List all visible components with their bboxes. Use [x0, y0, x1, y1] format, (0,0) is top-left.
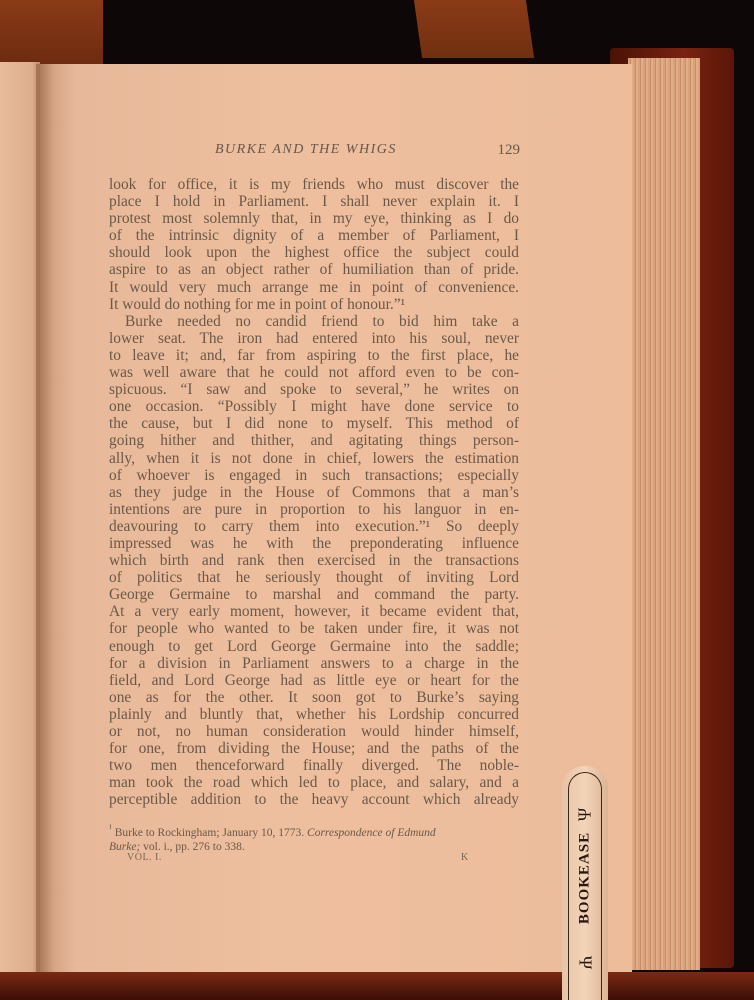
left-page — [0, 62, 40, 980]
page-header: BURKE AND THE WHIGS 129 — [110, 142, 520, 162]
book-bottom-edge — [0, 972, 754, 1000]
gutter-shadow — [36, 64, 54, 976]
text-line: aspire to as an object rather of humilia… — [109, 261, 519, 278]
footnote-text: Burke to Rockingham; January 10, 1773. — [115, 827, 304, 839]
text-line: George Germaine to marshal and command t… — [109, 586, 519, 603]
text-line: two men thenceforward finally diverged. … — [109, 757, 519, 774]
trident-icon: Ψ — [575, 808, 596, 821]
text-line: ally, when it is not done in chief, lowe… — [109, 450, 519, 467]
text-line: protest most solemnly that, in my eye, t… — [109, 210, 519, 227]
text-line: of whoever is engaged in such transactio… — [109, 467, 519, 484]
signature-letter: K — [461, 852, 468, 863]
footnote-line-1: ¹ Burke to Rockingham; January 10, 1773.… — [109, 822, 511, 840]
text-line: deavouring to carry them into execution.… — [109, 518, 519, 535]
text-line: place I hold in Parliament. I shall neve… — [109, 193, 519, 210]
text-line: the cause, but I did none to myself. Thi… — [109, 415, 519, 432]
text-line: At a very early moment, however, it beca… — [109, 603, 519, 620]
trident-icon: Ψ — [575, 956, 596, 969]
text-line: of the intrinsic dignity of a member of … — [109, 227, 519, 244]
text-line: one as for the other. It soon got to Bur… — [109, 689, 519, 706]
page-edges — [628, 58, 700, 970]
footnote-marker: ¹ — [109, 823, 112, 834]
footnote-line-2: Burke; vol. i., pp. 276 to 338. — [109, 840, 511, 854]
text-line: was well aware that he could not afford … — [109, 364, 519, 381]
text-line: plainly and bluntly that, whether his Lo… — [109, 706, 519, 723]
text-line: which birth and rank then exercised in t… — [109, 552, 519, 569]
text-line: impressed was he with the preponderating… — [109, 535, 519, 552]
text-line: to leave it; and, far from aspiring to t… — [109, 347, 519, 364]
text-line: going hither and thither, and agitating … — [109, 432, 519, 449]
bookmark[interactable]: Ψ BOOKEASE Ψ — [562, 766, 608, 1000]
body-text: look for office, it is my friends who mu… — [109, 176, 519, 808]
text-line: perceptible addition to the heavy accoun… — [109, 791, 519, 808]
text-line: for a division in Parliament answers to … — [109, 655, 519, 672]
book-stand-left — [0, 0, 103, 70]
footnote-title: Correspondence of Edmund — [307, 827, 436, 839]
page-number: 129 — [498, 142, 521, 159]
text-line: intentions are pure in proportion to his… — [109, 501, 519, 518]
text-line: field, and Lord George had as little eye… — [109, 672, 519, 689]
running-title: BURKE AND THE WHIGS — [215, 142, 397, 158]
book-stand-right — [414, 0, 534, 58]
text-line: enough to get Lord George Germaine into … — [109, 638, 519, 655]
text-line: one occasion. “Possibly I might have don… — [109, 398, 519, 415]
text-line: lower seat. The iron had entered into hi… — [109, 330, 519, 347]
volume-signature: VOL. I. — [127, 852, 162, 863]
bookmark-label: BOOKEASE — [577, 832, 594, 924]
text-line: of politics that he seriously thought of… — [109, 569, 519, 586]
text-line: look for office, it is my friends who mu… — [109, 176, 519, 193]
text-line: for people who wanted to be taken under … — [109, 620, 519, 637]
footnote: ¹ Burke to Rockingham; January 10, 1773.… — [109, 822, 511, 854]
text-line: should look upon the highest office the … — [109, 244, 519, 261]
text-line: man took the road which led to place, an… — [109, 774, 519, 791]
text-line: for one, from dividing the House; and th… — [109, 740, 519, 757]
text-line: as they judge in the House of Commons th… — [109, 484, 519, 501]
text-line: or not, no human consideration would hin… — [109, 723, 519, 740]
text-line: It would very much arrange me in point o… — [109, 279, 519, 296]
text-line: spicuous. “I saw and spoke to several,” … — [109, 381, 519, 398]
text-line: It would do nothing for me in point of h… — [109, 296, 519, 313]
text-line: Burke needed no candid friend to bid him… — [109, 313, 519, 330]
